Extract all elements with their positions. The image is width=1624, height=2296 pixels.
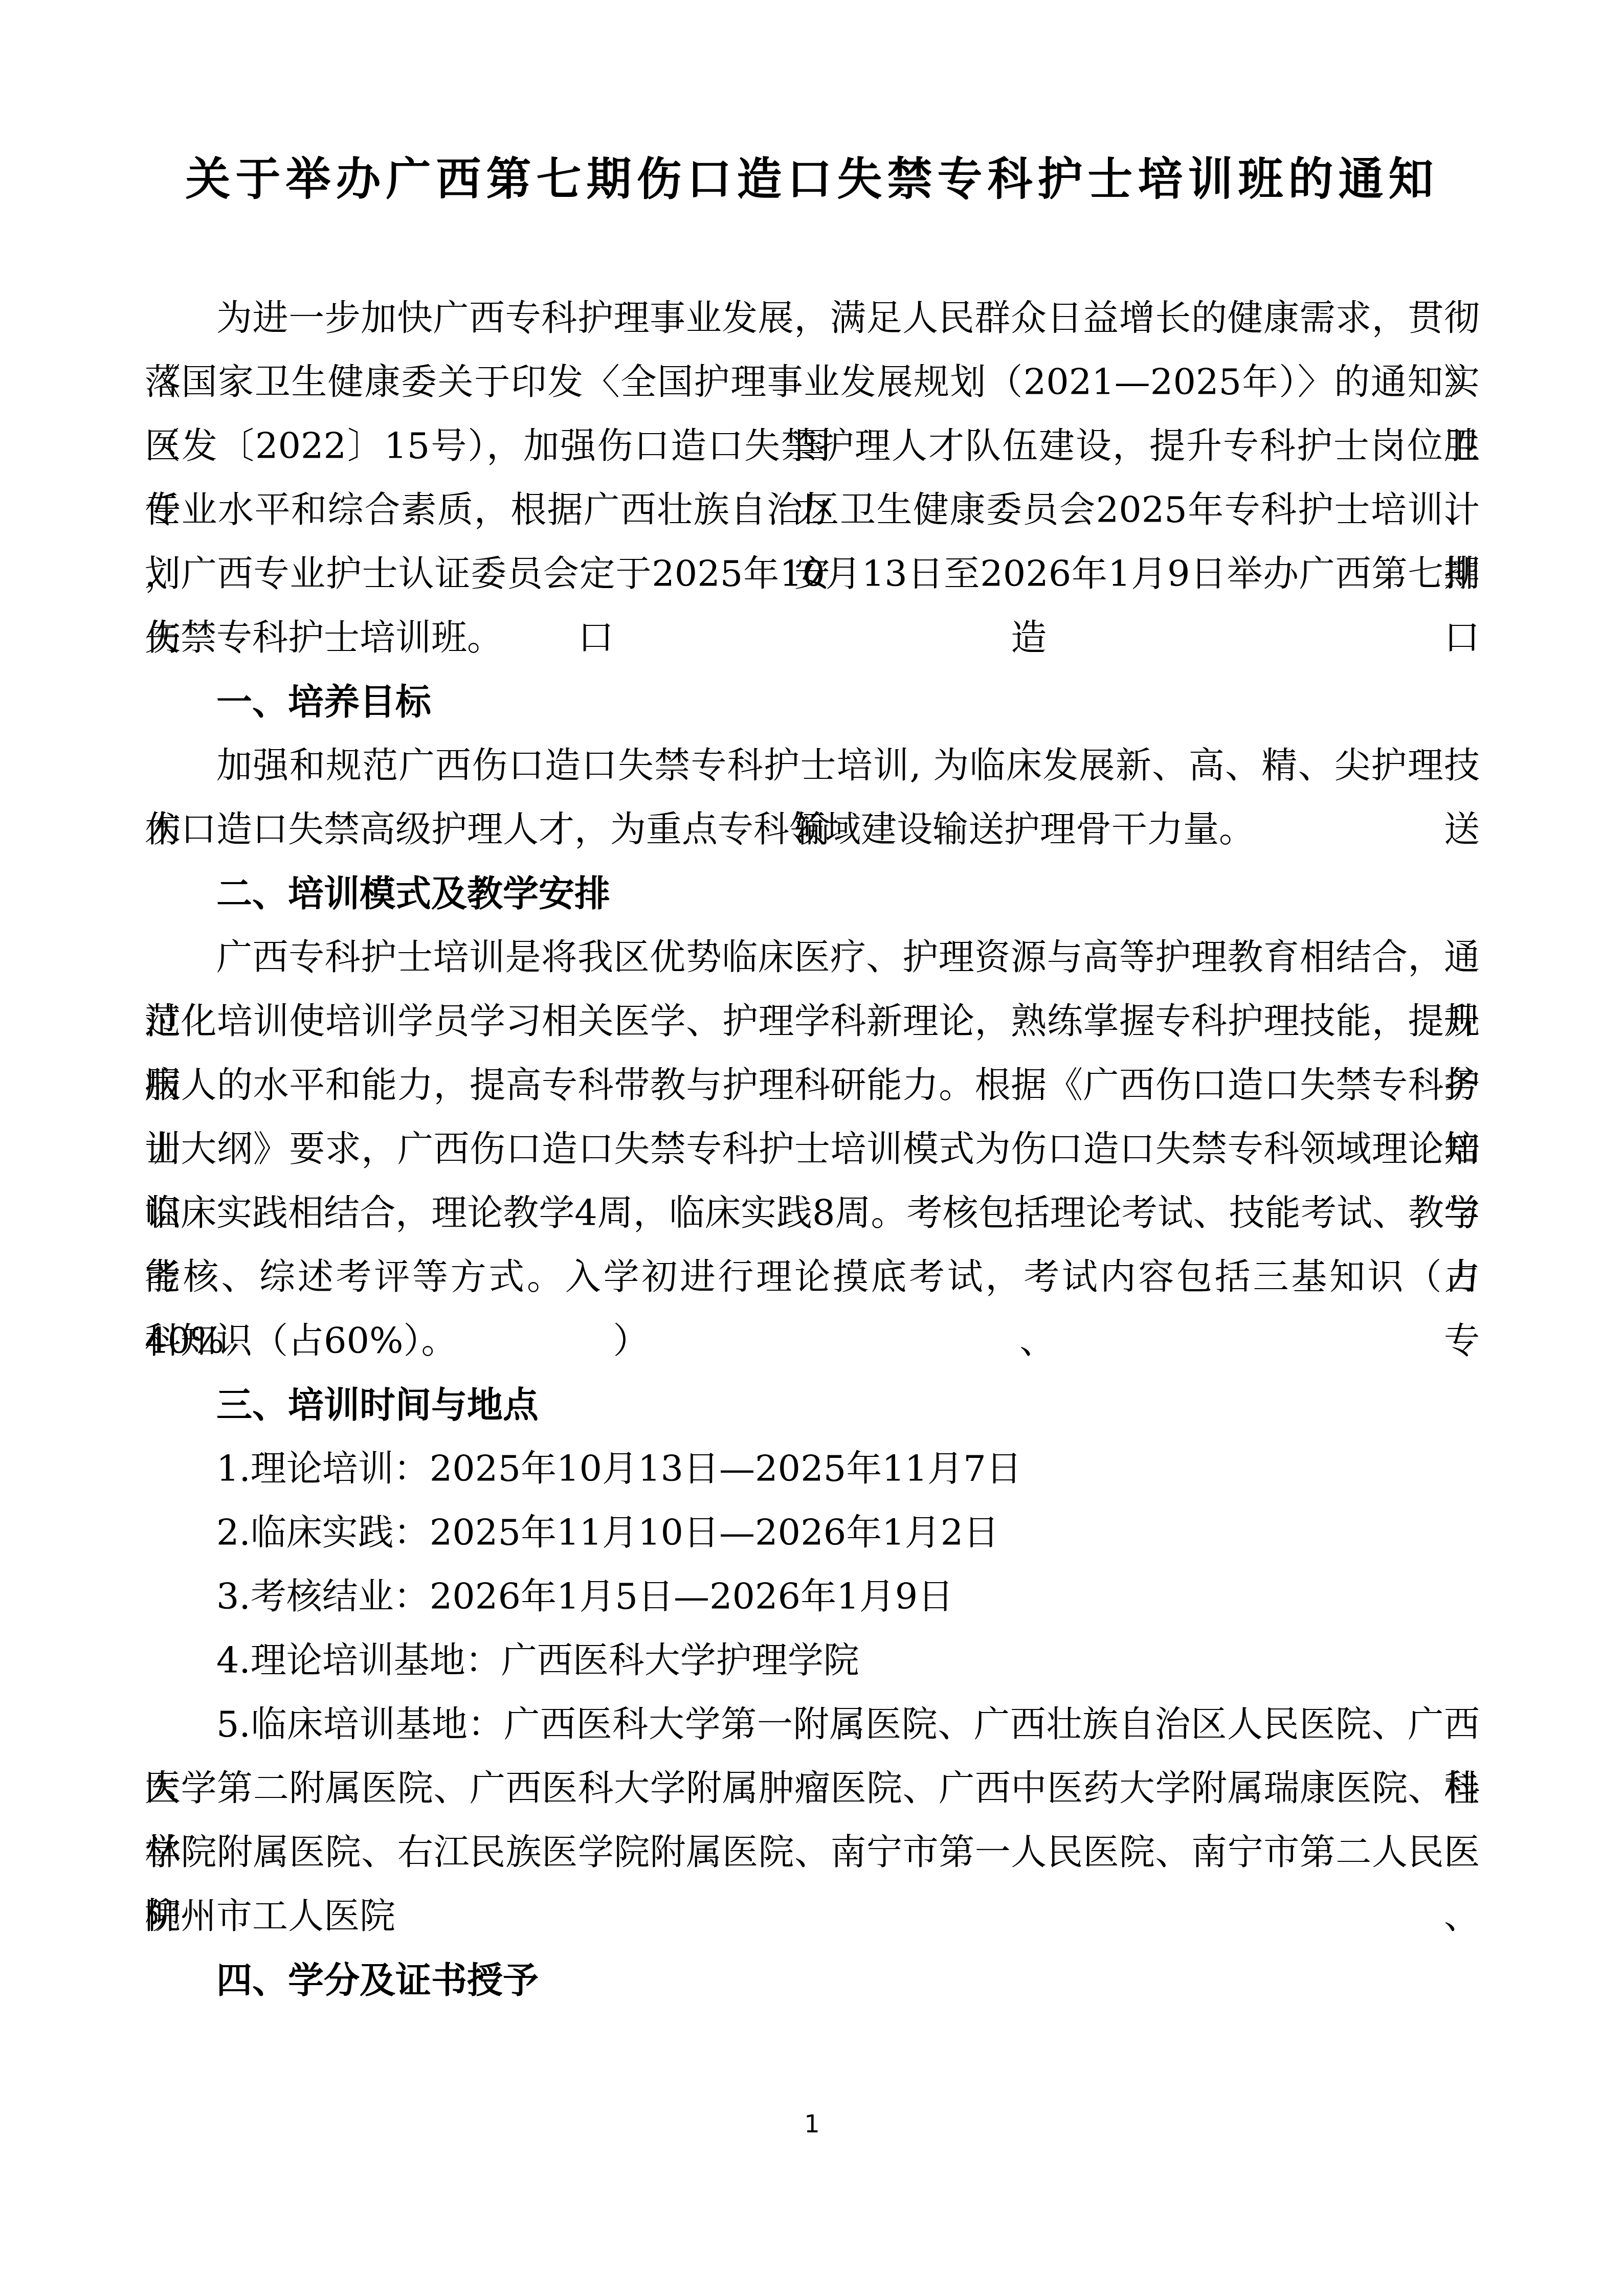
- list-item-clinical-base: 5.临床培训基地：广西医科大学第一附属医院、广西壮族自治区人民医院、广西医科: [145, 1693, 1480, 1757]
- list-item-assessment: 3.考核结业：2026年1月5日—2026年1月9日: [145, 1565, 1480, 1629]
- paragraph-line: 广西专科护士培训是将我区优势临床医疗、护理资源与高等护理教育相结合，通过规: [145, 926, 1480, 989]
- paragraph-line: 专业水平和综合素质，根据广西壮族自治区卫生健康委员会2025年专科护士培训计划安…: [145, 478, 1480, 542]
- section-heading-1: 一、培养目标: [145, 670, 1480, 734]
- document-title: 关于举办广西第七期伤口造口失禁专科护士培训班的通知: [0, 150, 1624, 207]
- paragraph-line: 大学第二附属医院、广西医科大学附属肿瘤医院、广西中医药大学附属瑞康医院、桂林医: [145, 1757, 1480, 1820]
- paragraph-line: 为进一步加快广西专科护理事业发展，满足人民群众日益增长的健康需求，贯彻落实: [145, 286, 1480, 350]
- paragraph-line: ，广西专业护士认证委员会定于2025年10月13日至2026年1月9日举办广西第…: [145, 542, 1480, 606]
- paragraph-line: 范化培训使培训学员学习相关医学、护理学科新理论，熟练掌握专科护理技能，提升服务: [145, 989, 1480, 1053]
- paragraph-line: 学院附属医院、右江民族医学院附属医院、南宁市第一人民医院、南宁市第二人民医院、: [145, 1820, 1480, 1884]
- paragraph-line: 考核、综述考评等方式。入学初进行理论摸底考试，考试内容包括三基知识（占40%）、…: [145, 1245, 1480, 1309]
- paragraph-line: 临床实践相结合，理论教学4周，临床实践8周。考核包括理论考试、技能考试、教学能力: [145, 1181, 1480, 1245]
- list-item-theory-training: 1.理论培训：2025年10月13日—2025年11月7日: [145, 1437, 1480, 1501]
- paragraph-line: 训大纲》要求，广西伤口造口失禁专科护士培训模式为伤口造口失禁专科领域理论知识与: [145, 1117, 1480, 1181]
- list-item-clinical-practice: 2.临床实践：2025年11月10日—2026年1月2日: [145, 1501, 1480, 1565]
- list-item-theory-base: 4.理论培训基地：广西医科大学护理学院: [145, 1629, 1480, 1693]
- document-page: 关于举办广西第七期伤口造口失禁专科护士培训班的通知 为进一步加快广西专科护理事业…: [0, 0, 1624, 2296]
- section-heading-2: 二、培训模式及教学安排: [145, 862, 1480, 926]
- document-body: 为进一步加快广西专科护理事业发展，满足人民群众日益增长的健康需求，贯彻落实 《国…: [145, 286, 1480, 2012]
- paragraph-line: 《国家卫生健康委关于印发〈全国护理事业发展规划（2021—2025年）〉的通知》…: [145, 350, 1480, 414]
- page-number: 1: [0, 2110, 1624, 2139]
- section-heading-3: 三、培训时间与地点: [145, 1373, 1480, 1437]
- paragraph-line: 加强和规范广西伤口造口失禁专科护士培训, 为临床发展新、高、精、尖护理技术输送: [145, 734, 1480, 798]
- paragraph-line: 医发〔2022〕15号），加强伤口造口失禁护理人才队伍建设，提升专科护士岗位胜任…: [145, 414, 1480, 478]
- paragraph-line: 病人的水平和能力，提高专科带教与护理科研能力。根据《广西伤口造口失禁专科护士培: [145, 1053, 1480, 1117]
- section-heading-4: 四、学分及证书授予: [145, 1948, 1480, 2012]
